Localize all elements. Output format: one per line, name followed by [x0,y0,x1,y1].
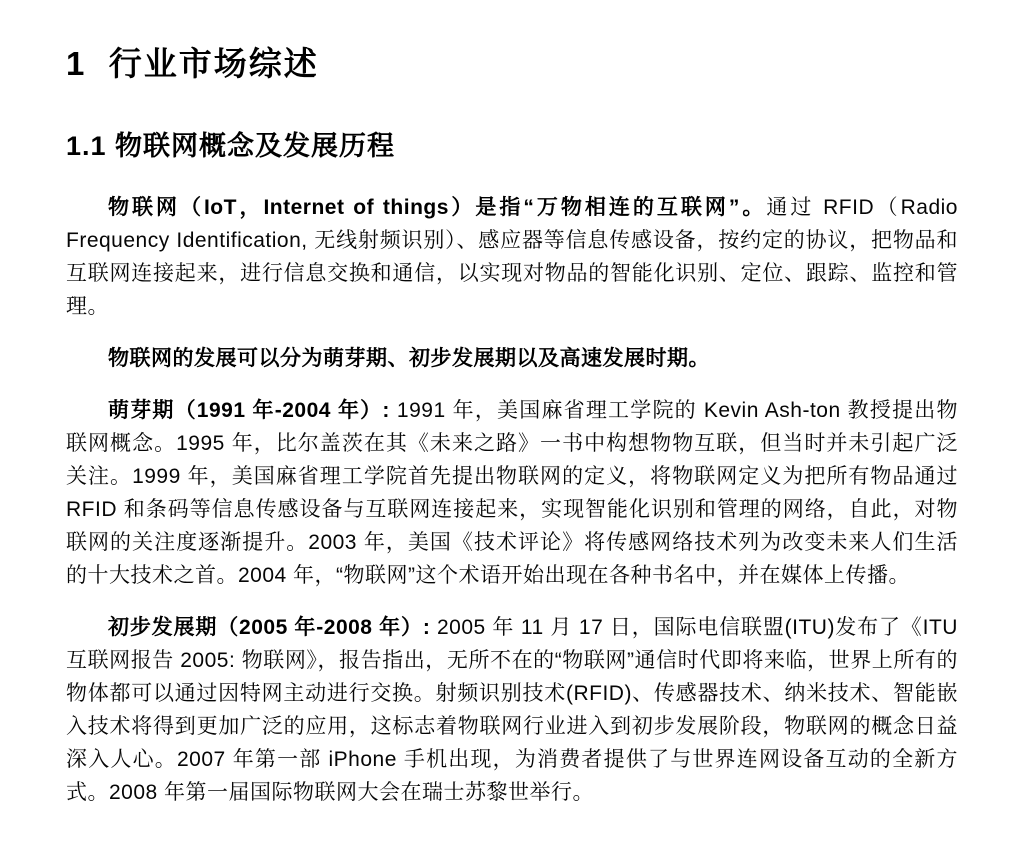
paragraph-lead-bold: 物联网（IoT，Internet of things）是指“万物相连的互联网”。 [108,196,766,219]
paragraph-text: 1991 年，美国麻省理工学院的 Kevin Ash-ton 教授提出物联网概念… [66,399,958,587]
paragraph-development-stages: 物联网的发展可以分为萌芽期、初步发展期以及高速发展时期。 [66,342,958,375]
subsection-heading: 1.1 物联网概念及发展历程 [66,130,958,163]
paragraph-iot-definition: 物联网（IoT，Internet of things）是指“万物相连的互联网”。… [66,191,958,323]
paragraph-text: 2005 年 11 月 17 日，国际电信联盟(ITU)发布了《ITU 互联网报… [66,616,958,804]
paragraph-initial-development-period: 初步发展期（2005 年-2008 年）: 2005 年 11 月 17 日，国… [66,611,958,809]
paragraph-lead-bold: 初步发展期（2005 年-2008 年）: [108,616,437,639]
paragraph-lead-bold: 物联网的发展可以分为萌芽期、初步发展期以及高速发展时期。 [108,347,710,370]
paragraph-lead-bold: 萌芽期（1991 年-2004 年）: [108,399,397,422]
paragraph-germination-period: 萌芽期（1991 年-2004 年）: 1991 年，美国麻省理工学院的 Kev… [66,394,958,592]
document-page: 1 行业市场综述 1.1 物联网概念及发展历程 物联网（IoT，Internet… [0,0,1024,849]
section-heading: 1 行业市场综述 [66,44,958,84]
